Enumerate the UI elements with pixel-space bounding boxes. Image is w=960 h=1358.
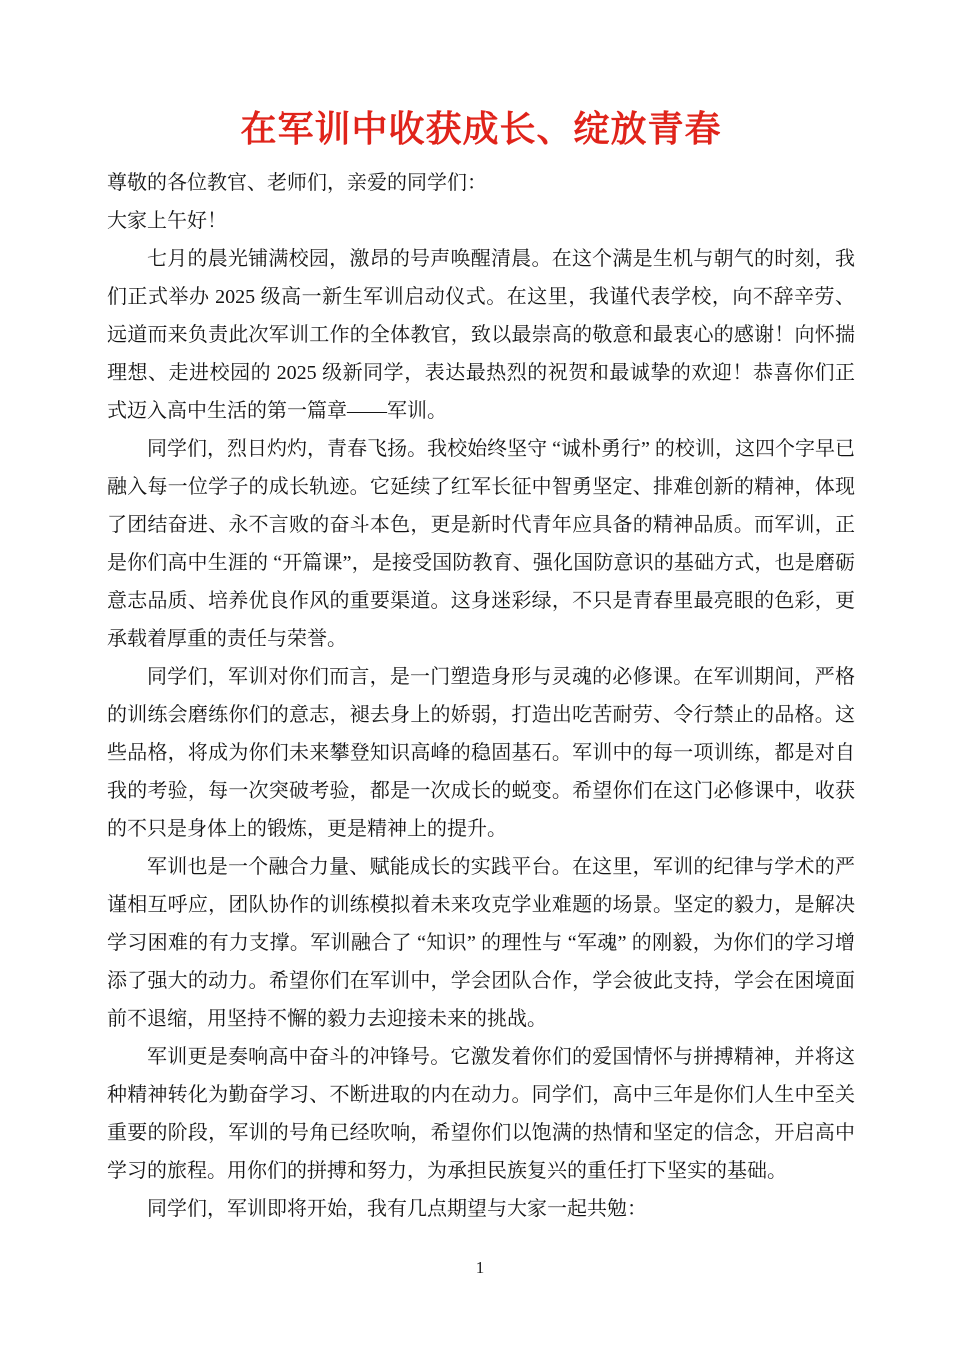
document-title: 在军训中收获成长、绽放青春	[107, 104, 855, 154]
body-paragraph-3: 同学们，军训对你们而言，是一门塑造身形与灵魂的必修课。在军训期间，严格的训练会磨…	[107, 658, 855, 848]
body-paragraph-1: 七月的晨光铺满校园，激昂的号声唤醒清晨。在这个满是生机与朝气的时刻，我们正式举办…	[107, 240, 855, 430]
salutation-line: 尊敬的各位教官、老师们，亲爱的同学们：	[107, 164, 855, 202]
page-number: 1	[0, 1256, 960, 1280]
document-page: 在军训中收获成长、绽放青春 尊敬的各位教官、老师们，亲爱的同学们： 大家上午好！…	[0, 0, 960, 1358]
document-body: 在军训中收获成长、绽放青春 尊敬的各位教官、老师们，亲爱的同学们： 大家上午好！…	[107, 104, 855, 1228]
body-paragraph-2: 同学们，烈日灼灼，青春飞扬。我校始终坚守 “诚朴勇行” 的校训，这四个字早已融入…	[107, 430, 855, 658]
body-paragraph-5: 军训更是奏响高中奋斗的冲锋号。它激发着你们的爱国情怀与拼搏精神，并将这种精神转化…	[107, 1038, 855, 1190]
body-paragraph-6: 同学们，军训即将开始，我有几点期望与大家一起共勉：	[107, 1190, 855, 1228]
body-paragraph-4: 军训也是一个融合力量、赋能成长的实践平台。在这里，军训的纪律与学术的严谨相互呼应…	[107, 848, 855, 1038]
greeting-line: 大家上午好！	[107, 202, 855, 240]
